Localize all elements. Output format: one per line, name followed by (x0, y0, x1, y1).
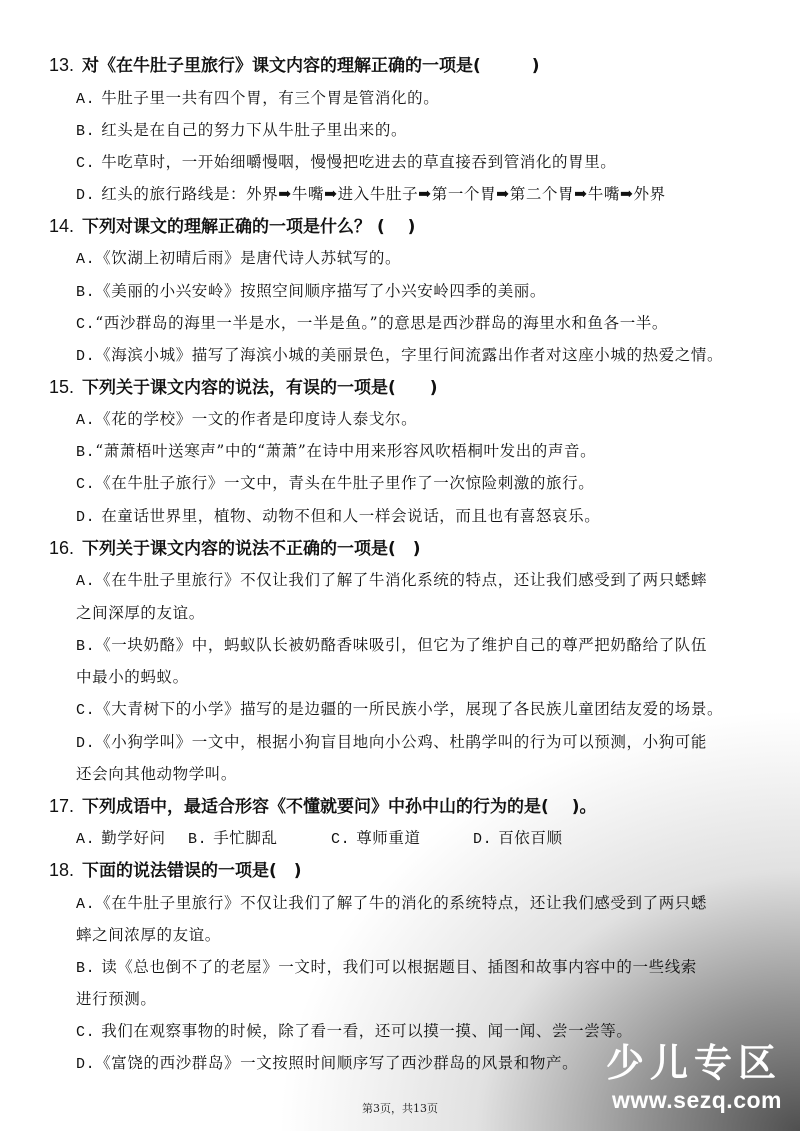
question-17-option-c: C.尊师重道 (331, 828, 473, 850)
question-14-option-c: C.“西沙群岛的海里一半是水，一半是鱼。”的意思是西沙群岛的海里水和鱼各一半。 (76, 313, 668, 335)
question-16-option-a: A.《在牛肚子里旅行》不仅让我们了解了牛消化系统的特点，还让我们感受到了两只蟋蟀 (76, 570, 707, 592)
question-17-option-d: D.百依百顺 (473, 828, 563, 850)
watermark-title: 少儿专区 (606, 1041, 782, 1085)
question-17-stem: 17.下列成语中，最适合形容《不懂就要问》中孙中山的行为的是( )。 (49, 796, 597, 817)
question-18-option-d: D.《富饶的西沙群岛》一文按照时间顺序写了西沙群岛的风景和物产。 (76, 1053, 578, 1075)
question-14-option-d: D.《海滨小城》描写了海滨小城的美丽景色，字里行间流露出作者对这座小城的热爱之情… (76, 345, 723, 367)
question-15-stem: 15.下列关于课文内容的说法，有误的一项是( ) (49, 377, 438, 398)
question-17-option-a: A.勤学好问 (76, 828, 188, 850)
question-16-option-a-continued: 之间深厚的友谊。 (76, 603, 205, 623)
question-13-option-c: C.牛吃草时，一开始细嚼慢咽，慢慢把吃进去的草直接吞到管消化的胃里。 (76, 152, 616, 174)
question-15-option-c: C.《在牛肚子旅行》一文中，青头在牛肚子里作了一次惊险刺激的旅行。 (76, 473, 594, 495)
question-16-option-c: C.《大青树下的小学》描写的是边疆的一所民族小学，展现了各民族儿童团结友爱的场景… (76, 699, 723, 721)
question-14-option-a: A.《饮湖上初晴后雨》是唐代诗人苏轼写的。 (76, 248, 401, 270)
question-16-option-d: D.《小狗学叫》一文中，根据小狗盲目地向小公鸡、杜鹃学叫的行为可以预测，小狗可能 (76, 732, 707, 754)
question-18-stem: 18.下面的说法错误的一项是( ) (49, 860, 302, 881)
page-number: 第3页，共13页 (0, 1100, 800, 1116)
question-14-option-b: B.《美丽的小兴安岭》按照空间顺序描写了小兴安岭四季的美丽。 (76, 281, 546, 303)
question-17-option-b: B.手忙脚乱 (188, 828, 331, 850)
question-16-stem: 16.下列关于课文内容的说法不正确的一项是( ) (49, 538, 421, 559)
question-15-option-d: D.在童话世界里，植物、动物不但和人一样会说话，而且也有喜怒哀乐。 (76, 506, 600, 528)
question-14-stem: 14.下列对课文的理解正确的一项是什么？ ( ) (49, 216, 415, 237)
question-15-option-a: A.《花的学校》一文的作者是印度诗人泰戈尔。 (76, 409, 417, 431)
question-13-option-d: D.红头的旅行路线是：外界➡牛嘴➡进入牛肚子➡第一个胃➡第二个胃➡牛嘴➡外界 (76, 184, 666, 206)
question-16-option-d-continued: 还会向其他动物学叫。 (76, 764, 237, 784)
question-18-option-b-continued: 进行预测。 (76, 989, 157, 1009)
question-13-option-a: A.牛肚子里一共有四个胃，有三个胃是管消化的。 (76, 88, 439, 110)
question-17-options: A.勤学好问B.手忙脚乱C.尊师重道D.百依百顺 (76, 828, 563, 850)
question-18-option-c: C.我们在观察事物的时候，除了看一看，还可以摸一摸、闻一闻、尝一尝等。 (76, 1021, 633, 1043)
question-13-stem: 13.对《在牛肚子里旅行》课文内容的理解正确的一项是( ) (49, 55, 540, 76)
question-18-option-a: A.《在牛肚子里旅行》不仅让我们了解了牛的消化的系统特点，还让我们感受到了两只蟋 (76, 893, 707, 915)
question-15-option-b: B.“萧萧梧叶送寒声”中的“萧萧”在诗中用来形容风吹梧桐叶发出的声音。 (76, 441, 596, 463)
question-18-option-a-continued: 蟀之间浓厚的友谊。 (76, 925, 221, 945)
question-18-option-b: B.读《总也倒不了的老屋》一文时，我们可以根据题目、插图和故事内容中的一些线索 (76, 957, 697, 979)
question-16-option-b-continued: 中最小的蚂蚁。 (76, 667, 189, 687)
question-13-option-b: B.红头是在自己的努力下从牛肚子里出来的。 (76, 120, 407, 142)
question-16-option-b: B.《一块奶酪》中，蚂蚁队长被奶酪香味吸引，但它为了维护自己的尊严把奶酪给了队伍 (76, 635, 707, 657)
